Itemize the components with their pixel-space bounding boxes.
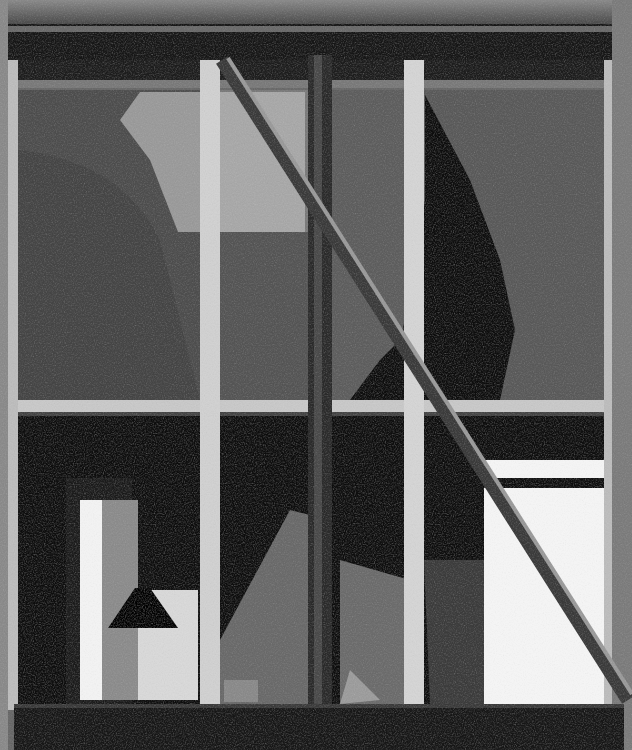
mullion-left: [200, 60, 220, 710]
bottom-sill: [14, 704, 624, 750]
window-photo-illustration: [0, 0, 632, 750]
photo-broken-window: Black-and-white photograph of an old mul…: [0, 0, 632, 750]
doorway-light-left: [80, 500, 102, 700]
